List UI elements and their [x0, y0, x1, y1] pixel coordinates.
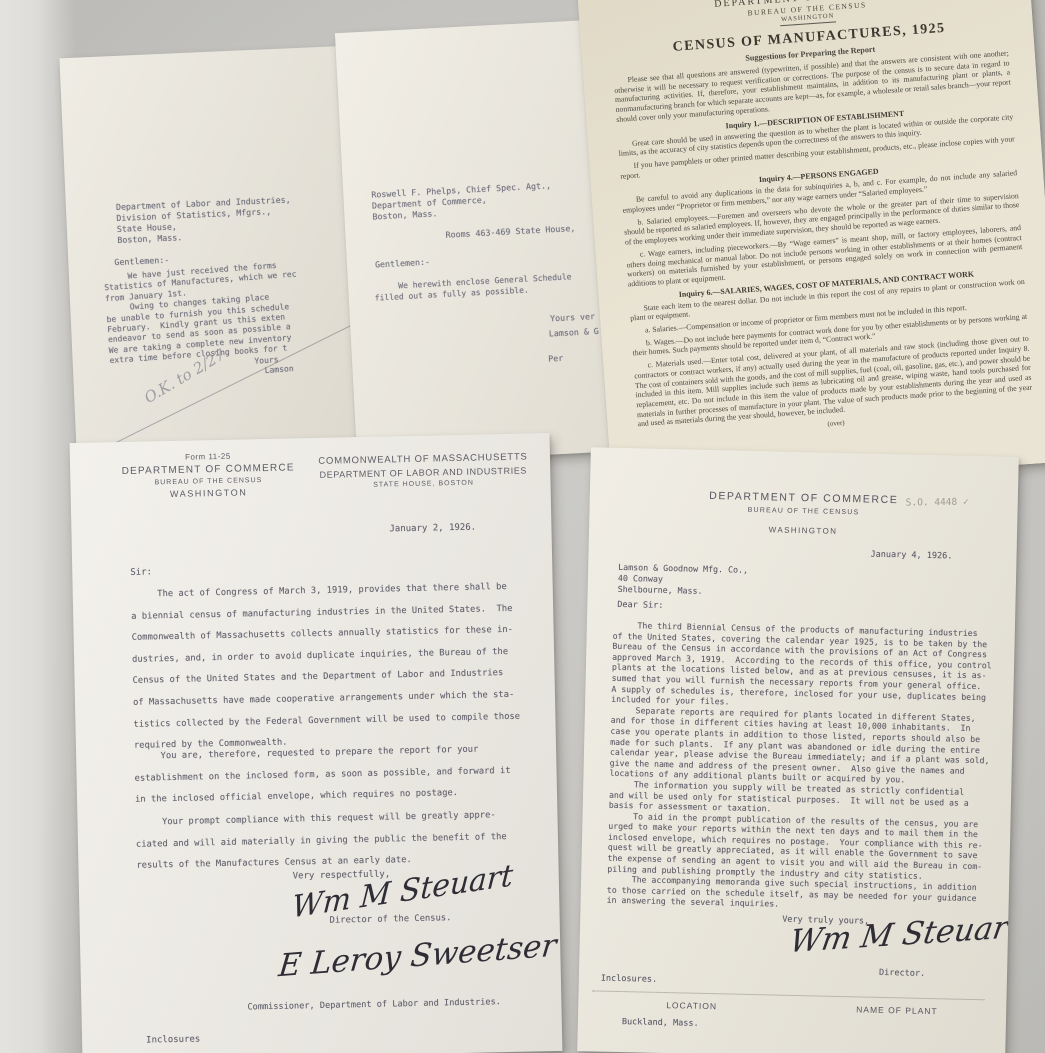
closing-line: Yours ver: [550, 311, 595, 323]
census-instructions-page: DEPARTMENT OF COMMERCE BUREAU OF THE CEN…: [577, 0, 1045, 493]
location-column-header: LOCATION: [666, 1000, 717, 1011]
letter-top-left: Department of Labor and Industries, Divi…: [59, 46, 358, 458]
photo-of-documents: Department of Labor and Industries, Divi…: [0, 0, 1045, 1053]
salutation: Dear Sir:: [617, 600, 663, 611]
per-label: Per: [548, 353, 564, 364]
salutation: Gentlemen:-: [114, 255, 169, 267]
firm-name: Lamson & G: [549, 326, 599, 339]
signature-director-title: Director of the Census.: [330, 913, 452, 926]
letterhead-city: WASHINGTON: [111, 486, 307, 500]
letter-top-middle: Roswell F. Phelps, Chief Spec. Agt., Dep…: [335, 19, 625, 464]
plant-name-column-header: NAME OF PLANT: [856, 1004, 938, 1016]
inclosures-label: Inclosures: [146, 1034, 200, 1045]
letterhead-city: WASHINGTON: [589, 521, 1017, 540]
signature-commissioner: E Leroy Sweetser: [277, 928, 558, 985]
salutation: Sir:: [130, 567, 152, 577]
signature-commissioner-title: Commissioner, Department of Labor and In…: [247, 997, 501, 1012]
letterhead-dept-labor: DEPARTMENT OF LABOR AND INDUSTRIES: [308, 465, 538, 480]
letter-bottom-left: Form 11-25 DEPARTMENT OF COMMERCE BUREAU…: [70, 433, 563, 1053]
dotted-divider: [593, 990, 985, 1000]
rooms-line: Rooms 463-469 State House,: [445, 223, 575, 240]
recipient-address: Department of Labor and Industries, Divi…: [116, 194, 293, 246]
recipient-address: Lamson & Goodnow Mfg. Co., 40 Conway She…: [618, 562, 749, 598]
letterhead-commonwealth: COMMONWEALTH OF MASSACHUSETTS: [308, 451, 538, 467]
location-value: Buckland, Mass.: [622, 1017, 699, 1029]
inclosures-label: Inclosures.: [601, 974, 658, 985]
paragraph-2: You are, therefore, requested to prepare…: [134, 739, 511, 812]
letter-body: We herewith enclose General Schedule fil…: [374, 271, 572, 303]
letter-body: The third Biennial Census of the product…: [607, 620, 993, 915]
letter-date: January 4, 1926.: [870, 550, 952, 562]
letterhead-department: DEPARTMENT OF COMMERCE: [110, 462, 306, 477]
pencil-stamp-number: S.O. 4448 ✓: [906, 497, 969, 509]
letter-date: January 2, 1926.: [389, 523, 476, 535]
salutation: Gentlemen:-: [375, 257, 430, 270]
recipient-address: Roswell F. Phelps, Chief Spec. Agt., Dep…: [371, 180, 552, 222]
letterhead-statehouse: STATE HOUSE, BOSTON: [308, 478, 538, 490]
letterhead-bureau: BUREAU OF THE CENSUS: [110, 476, 306, 487]
paragraph-1: The act of Congress of March 3, 1919, pr…: [131, 577, 521, 758]
form-number: Form 11-25: [110, 450, 306, 463]
letter-bottom-right: DEPARTMENT OF COMMERCE BUREAU OF THE CEN…: [577, 447, 1019, 1053]
signature-title: Director.: [879, 968, 925, 979]
